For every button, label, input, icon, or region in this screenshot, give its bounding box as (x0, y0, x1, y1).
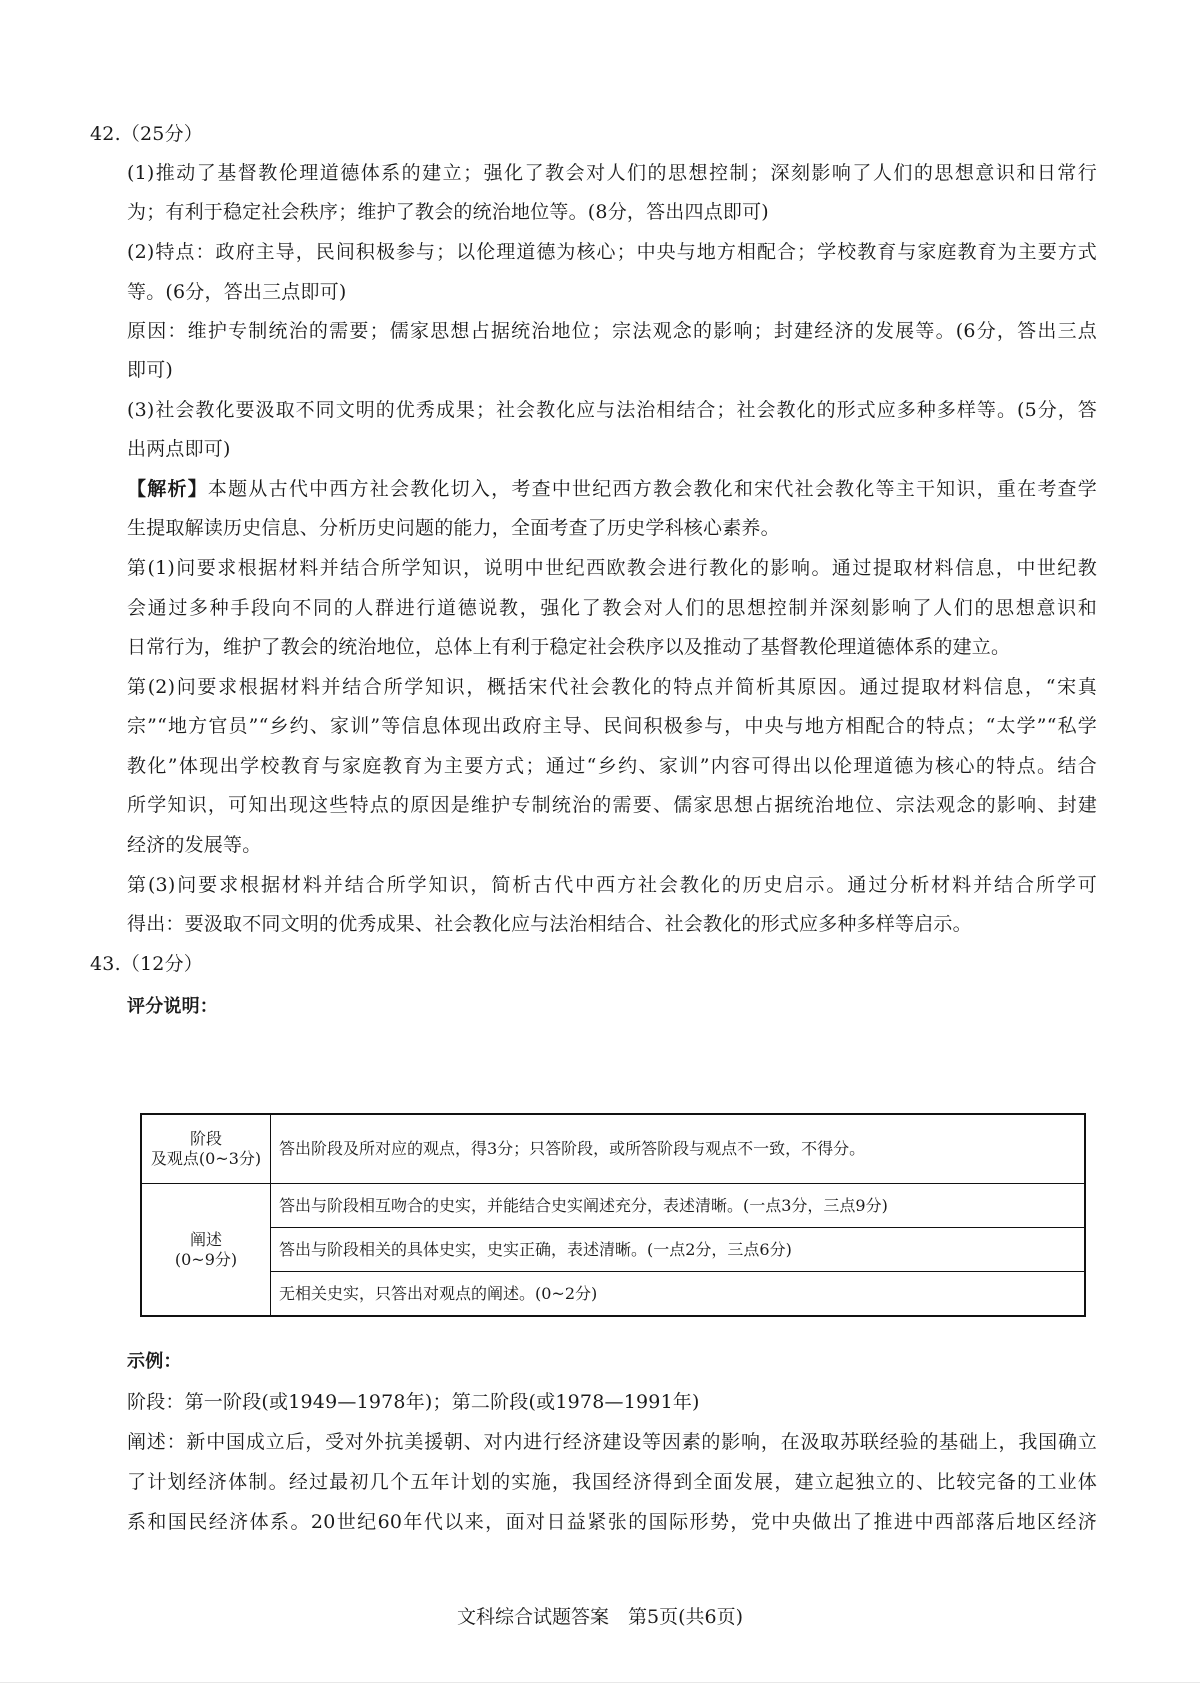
rubric-head-elaboration: 阐述 (0~9分) (141, 1184, 271, 1317)
rubric-row-elaboration: 阐述 (0~9分) 答出与阶段相互吻合的史实，并能结合史实阐述充分，表述清晰。(… (141, 1184, 1085, 1228)
q42-analysis-line: 【解析】本题从古代中西方社会教化切入，考查中世纪西方教会教化和宋代社会教化等主干… (127, 477, 1097, 501)
example-line: 阶段：第一阶段(或1949—1978年)；第二阶段(或1978—1991年) (127, 1390, 700, 1414)
page-footer: 文科综合试题答案 第5页(共6页) (0, 1602, 1200, 1629)
q42-analysis-line: 宗”“地方官员”“乡约、家训”等信息体现出政府主导、民间积极参与，中央与地方相配… (127, 714, 1097, 738)
q42-analysis-line: 教化”体现出学校教育与家庭教育为主要方式；通过“乡约、家训”内容可得出以伦理道德… (127, 754, 1097, 778)
rubric-cell: 答出与阶段相关的具体史实，史实正确，表述清晰。(一点2分，三点6分) (271, 1228, 1086, 1272)
example-title: 示例： (127, 1350, 182, 1374)
q42-answer-line: (2)特点：政府主导，民间积极参与；以伦理道德为核心；中央与地方相配合；学校教育… (127, 240, 1097, 264)
q42-answer-line: 出两点即可) (127, 437, 231, 461)
scoring-rubric-table: 阶段 及观点(0~3分) 答出阶段及所对应的观点，得3分；只答阶段，或所答阶段与… (140, 1113, 1086, 1317)
example-line: 了计划经济体制。经过最初几个五年计划的实施，我国经济得到全面发展，建立起独立的、… (127, 1470, 1097, 1494)
rubric-cell: 答出阶段及所对应的观点，得3分；只答阶段，或所答阶段与观点不一致，不得分。 (271, 1114, 1086, 1184)
q42-analysis-line: 会通过多种手段向不同的人群进行道德说教，强化了教会对人们的思想控制并深刻影响了人… (127, 596, 1097, 620)
q42-answer-line: 为；有利于稳定社会秩序；维护了教会的统治地位等。(8分，答出四点即可) (127, 200, 769, 224)
q42-analysis-line: 所学知识，可知出现这些特点的原因是维护专制统治的需要、儒家思想占据统治地位、宗法… (127, 793, 1097, 817)
q42-analysis-line: 第(3)问要求根据材料并结合所学知识，简析古代中西方社会教化的历史启示。通过分析… (127, 873, 1097, 897)
q42-answer-line: (3)社会教化要汲取不同文明的优秀成果；社会教化应与法治相结合；社会教化的形式应… (127, 398, 1097, 422)
q42-answer-line: 即可) (127, 358, 173, 382)
example-line: 阐述：新中国成立后，受对外抗美援朝、对内进行经济建设等因素的影响，在汲取苏联经验… (127, 1430, 1097, 1454)
example-line: 系和国民经济体系。20世纪60年代以来，面对日益紧张的国际形势，党中央做出了推进… (127, 1510, 1097, 1534)
rubric-row-elaboration: 无相关史实，只答出对观点的阐述。(0~2分) (141, 1272, 1085, 1317)
rubric-row-stage: 阶段 及观点(0~3分) 答出阶段及所对应的观点，得3分；只答阶段，或所答阶段与… (141, 1114, 1085, 1184)
rubric-title: 评分说明： (127, 995, 218, 1019)
rubric-row-elaboration: 答出与阶段相关的具体史实，史实正确，表述清晰。(一点2分，三点6分) (141, 1228, 1085, 1272)
q42-answer-line: (1)推动了基督教伦理道德体系的建立；强化了教会对人们的思想控制；深刻影响了人们… (127, 161, 1097, 185)
rubric-cell: 无相关史实，只答出对观点的阐述。(0~2分) (271, 1272, 1086, 1317)
analysis-label: 【解析】 (127, 478, 208, 500)
q42-answer-line: 等。(6分，答出三点即可) (127, 280, 347, 304)
scan-edge-divider (0, 1682, 1200, 1683)
answer-page: 42.（25分） (1)推动了基督教伦理道德体系的建立；强化了教会对人们的思想控… (0, 0, 1200, 1697)
q42-analysis-line: 经济的发展等。 (127, 833, 261, 857)
q42-analysis-line: 第(1)问要求根据材料并结合所学知识，说明中世纪西欧教会进行教化的影响。通过提取… (127, 556, 1097, 580)
rubric-head-stage: 阶段 及观点(0~3分) (141, 1114, 271, 1184)
q42-answer-line: 原因：维护专制统治的需要；儒家思想占据统治地位；宗法观念的影响；封建经济的发展等… (127, 319, 1097, 343)
question-42-number: 42.（25分） (90, 122, 203, 146)
rubric-cell: 答出与阶段相互吻合的史实，并能结合史实阐述充分，表述清晰。(一点3分，三点9分) (271, 1184, 1086, 1228)
q42-analysis-line: 得出：要汲取不同文明的优秀成果、社会教化应与法治相结合、社会教化的形式应多种多样… (127, 912, 972, 936)
question-43-number: 43.（12分） (90, 952, 203, 976)
q42-analysis-line: 日常行为，维护了教会的统治地位，总体上有利于稳定社会秩序以及推动了基督教伦理道德… (127, 635, 1010, 659)
q42-analysis-line: 生提取解读历史信息、分析历史问题的能力，全面考查了历史学科核心素养。 (127, 516, 780, 540)
q42-analysis-line: 第(2)问要求根据材料并结合所学知识，概括宋代社会教化的特点并简析其原因。通过提… (127, 675, 1097, 699)
